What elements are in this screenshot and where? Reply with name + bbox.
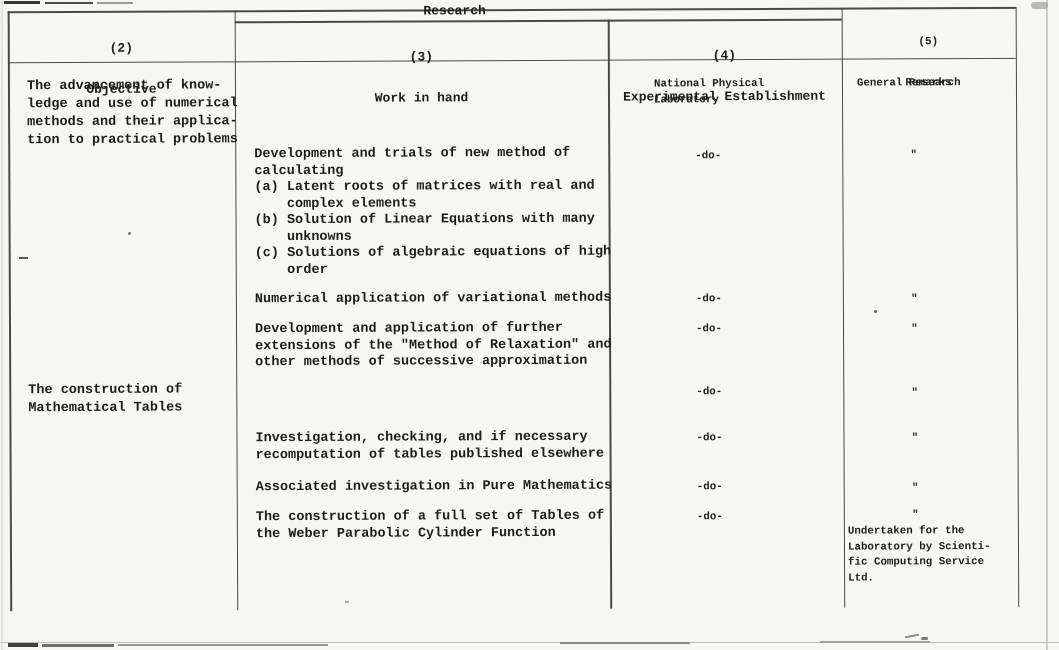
ditto-do-mark: -do- (610, 510, 810, 526)
column-number: (2) (8, 41, 235, 55)
ditto-quote-mark: " (842, 431, 987, 447)
work-in-hand-cell: Numerical application of variational met… (255, 291, 612, 309)
objective-cell: The advancement of know- ledge and use o… (27, 77, 238, 150)
ditto-quote-mark: " (843, 508, 988, 524)
ditto-quote-mark: " (842, 322, 987, 338)
research-span-header: Research (235, 3, 675, 18)
ditto-do-mark: -do- (609, 292, 809, 308)
work-in-hand-cell: Development and application of further e… (255, 321, 612, 372)
ditto-do-mark: -do- (609, 322, 809, 338)
work-in-hand-cell: The construction of a full set of Tables… (256, 509, 605, 544)
ditto-quote-mark: " (842, 386, 987, 402)
column-number: (4) (608, 49, 841, 64)
column-number: (3) (235, 50, 608, 65)
remarks-cell: General Research (857, 76, 961, 92)
ditto-quote-mark: " (842, 292, 987, 308)
ditto-quote-mark: " (841, 148, 986, 164)
work-in-hand-cell: Development and trials of new method of … (254, 146, 611, 280)
work-in-hand-cell: Investigation, checking, and if necessar… (255, 430, 604, 465)
work-in-hand-cell: Associated investigation in Pure Mathema… (256, 479, 613, 497)
ditto-do-mark: -do- (609, 385, 809, 401)
column-number: (5) (841, 36, 1016, 50)
ditto-do-mark: -do- (609, 431, 809, 447)
ditto-do-mark: -do- (608, 149, 808, 165)
table: Research (2) Objective (3) Work in hand … (0, 0, 1059, 650)
column-header-experimental-establishment: (4) Experimental Establishment (608, 22, 841, 131)
remarks-note-cell: Undertaken for the Laboratory by Scienti… (848, 524, 991, 587)
objective-cell: The construction of Mathematical Tables (28, 382, 182, 419)
column-header-remarks: (5) Remarks (841, 9, 1016, 118)
ditto-quote-mark: " (843, 481, 988, 497)
scanned-document-page: Research (2) Objective (3) Work in hand … (0, 0, 1059, 650)
ditto-do-mark: -do- (610, 480, 810, 496)
establishment-cell: National Physical Laboratory (654, 77, 764, 109)
column-label: Work in hand (235, 90, 608, 105)
column-header-work-in-hand: (3) Work in hand (235, 23, 608, 133)
